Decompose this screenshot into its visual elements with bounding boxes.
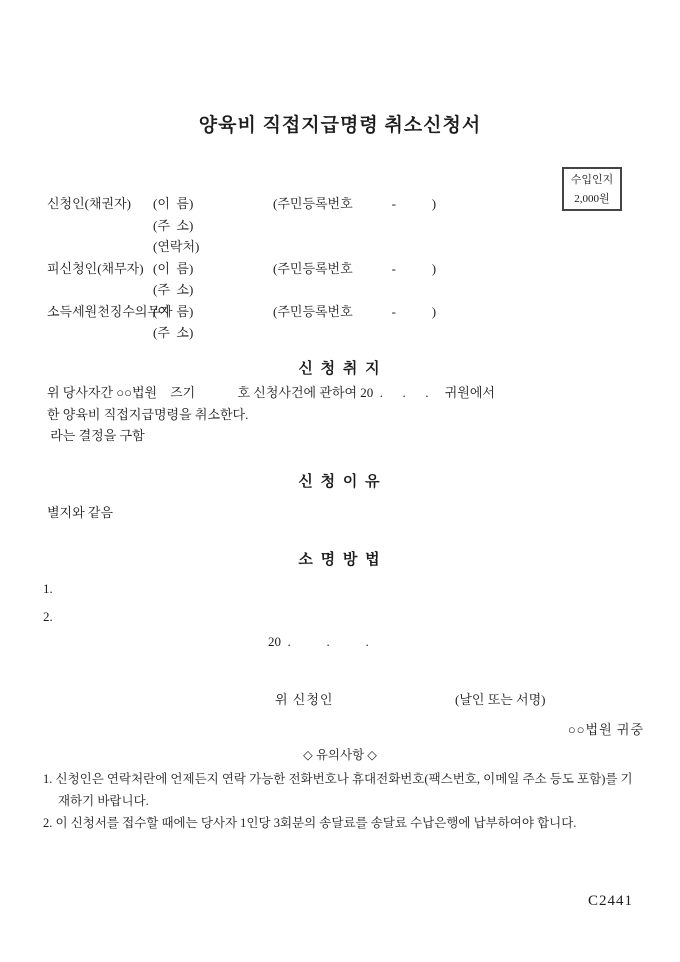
address-field-label: (주 소) <box>153 322 273 341</box>
parties-section: 신청인(채권자) (이 름) (주민등록번호 - ) (주 소) (연락처) 피… <box>0 193 680 344</box>
party-row-applicant: 신청인(채권자) (이 름) (주민등록번호 - ) <box>0 193 680 215</box>
party-row-applicant-address: (주 소) <box>0 215 680 237</box>
reason-heading: 신 청 이 유 <box>0 470 680 491</box>
party-row-applicant-contact: (연락처) <box>0 236 680 258</box>
party-row-respondent-address: (주 소) <box>0 279 680 301</box>
evidence-item-1: 1. <box>43 581 53 597</box>
resident-number-field-label: (주민등록번호 - ) <box>273 301 680 320</box>
notice-item-1: 1. 신청인은 연락처란에 언제든지 연락 가능한 전화번호나 휴대전화번호(팩… <box>43 768 643 812</box>
purport-body: 위 당사자간 ○○법원 즈기 호 신청사건에 관하여 20 . . . 귀원에서… <box>47 382 495 447</box>
evidence-item-2: 2. <box>43 609 53 625</box>
address-field-label: (주 소) <box>153 279 273 298</box>
resident-number-field-label: (주민등록번호 - ) <box>273 258 680 277</box>
contact-field-label: (연락처) <box>153 236 273 255</box>
party-label: 신청인(채권자) <box>0 193 153 212</box>
purport-line-1: 위 당사자간 ○○법원 즈기 호 신청사건에 관하여 20 . . . 귀원에서 <box>47 382 495 404</box>
notice-item-2: 2. 이 신청서를 접수할 때에는 당사자 1인당 3회분의 송달료를 송달료 … <box>43 812 643 834</box>
name-field-label: (이 름) <box>153 193 273 212</box>
reason-body: 별지와 같음 <box>47 502 113 521</box>
date-line: 20 . . . <box>268 634 369 650</box>
name-field-label: (이 름) <box>153 301 273 320</box>
party-label: 피신청인(채무자) <box>0 258 153 277</box>
address-field-label: (주 소) <box>153 215 273 234</box>
party-row-respondent: 피신청인(채무자) (이 름) (주민등록번호 - ) <box>0 258 680 280</box>
document-title: 양육비 직접지급명령 취소신청서 <box>0 110 680 137</box>
addressed-court: ○○법원 귀중 <box>568 719 644 738</box>
party-label: 소득세원천징수의무자 <box>0 301 153 320</box>
purport-heading: 신 청 취 지 <box>0 357 680 378</box>
document-page: 양육비 직접지급명령 취소신청서 수입인지 2,000원 신청인(채권자) (이… <box>0 0 680 962</box>
evidence-heading: 소 명 방 법 <box>0 548 680 569</box>
purport-line-3: 라는 결정을 구함 <box>47 425 495 447</box>
form-code: C2441 <box>588 893 633 910</box>
notices-heading: ◇ 유의사항 ◇ <box>0 745 680 763</box>
party-row-withholding-agent: 소득세원천징수의무자 (이 름) (주민등록번호 - ) <box>0 301 680 323</box>
purport-line-2: 한 양육비 직접지급명령을 취소한다. <box>47 404 495 426</box>
resident-number-field-label: (주민등록번호 - ) <box>273 193 680 212</box>
name-field-label: (이 름) <box>153 258 273 277</box>
party-row-withholding-agent-address: (주 소) <box>0 322 680 344</box>
signature-label: 위 신청인 <box>275 689 333 708</box>
seal-or-signature-note: (날인 또는 서명) <box>455 689 546 708</box>
revenue-stamp-label: 수입인지 <box>564 171 620 190</box>
